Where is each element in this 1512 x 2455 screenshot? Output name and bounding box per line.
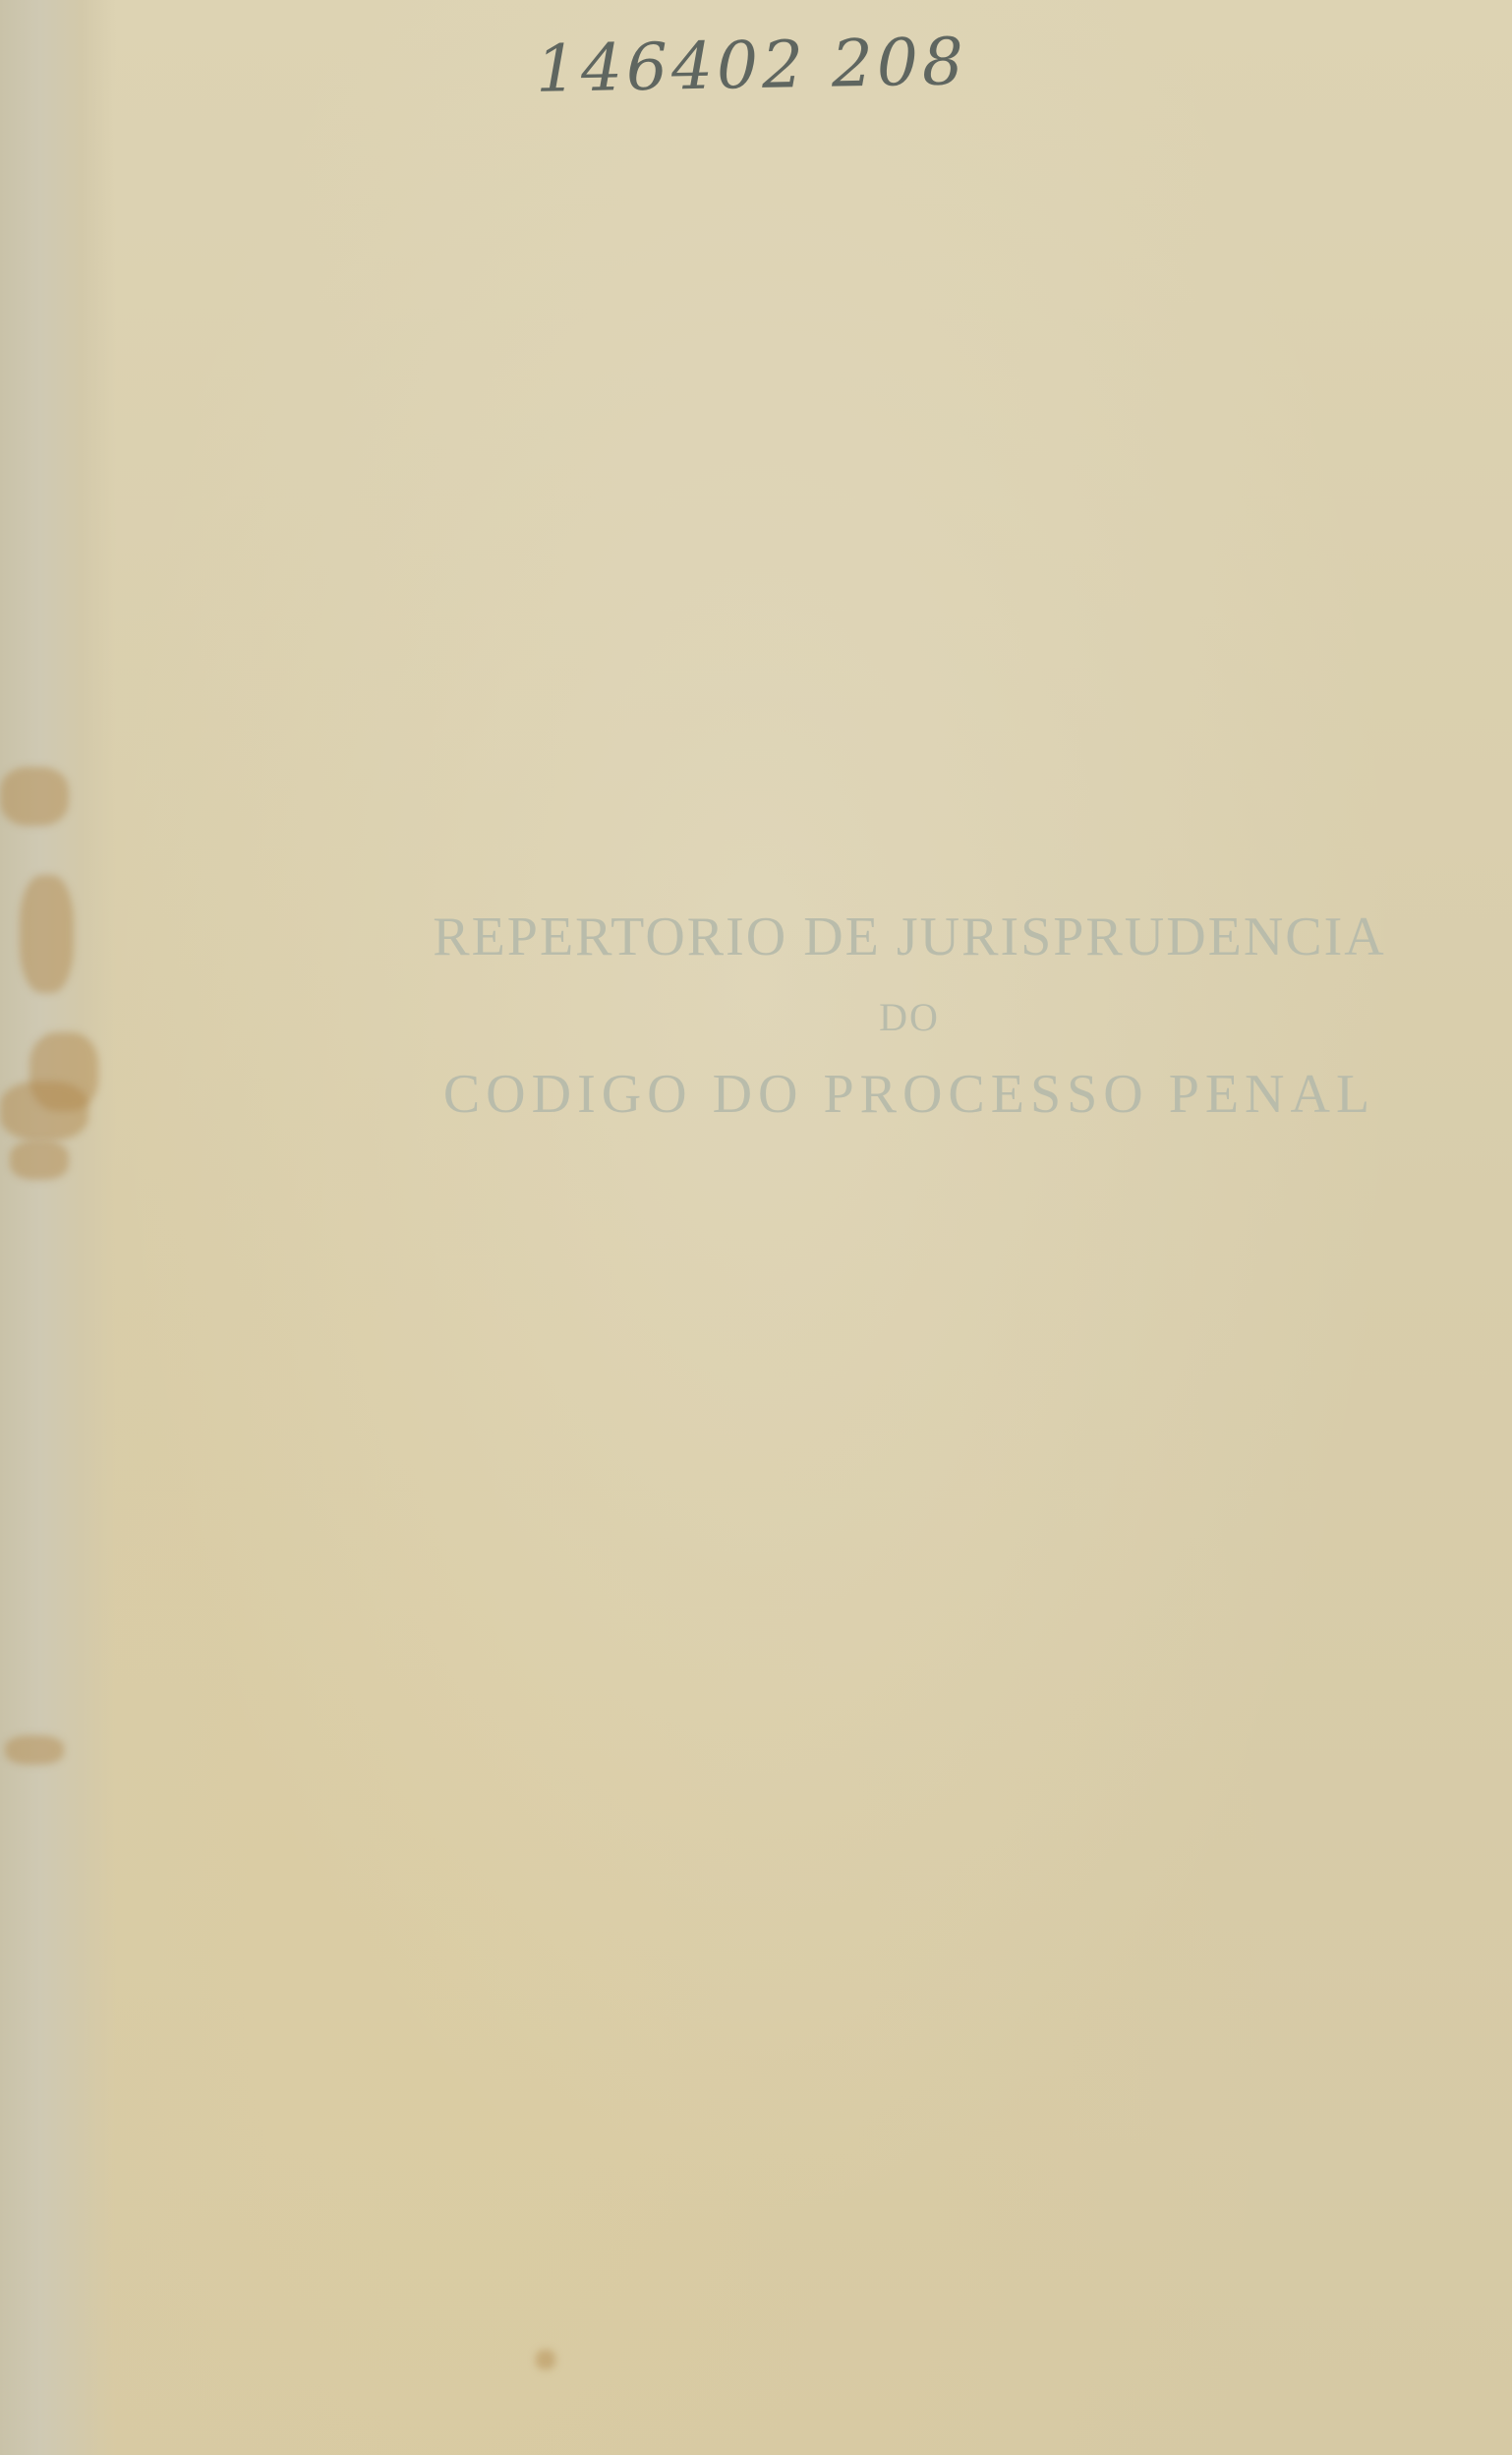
foxing-stain <box>10 1140 69 1180</box>
cover-title: REPERTORIO DE JURISPRUDENCIA DO CODIGO D… <box>403 909 1416 1122</box>
title-line-1: REPERTORIO DE JURISPRUDENCIA <box>403 909 1416 964</box>
foxing-stain <box>0 1081 88 1140</box>
book-cover-page: 146402 208 REPERTORIO DE JURISPRUDENCIA … <box>0 0 1512 2455</box>
title-line-2: DO <box>403 998 1416 1037</box>
book-spine-edge <box>0 0 116 2455</box>
foxing-stain <box>5 1735 64 1765</box>
title-line-3: CODIGO DO PROCESSO PENAL <box>403 1067 1416 1122</box>
foxing-stain <box>0 767 69 826</box>
foxing-stain <box>536 2350 555 2369</box>
handwritten-catalog-number: 146402 208 <box>535 24 967 107</box>
foxing-stain <box>20 875 74 993</box>
